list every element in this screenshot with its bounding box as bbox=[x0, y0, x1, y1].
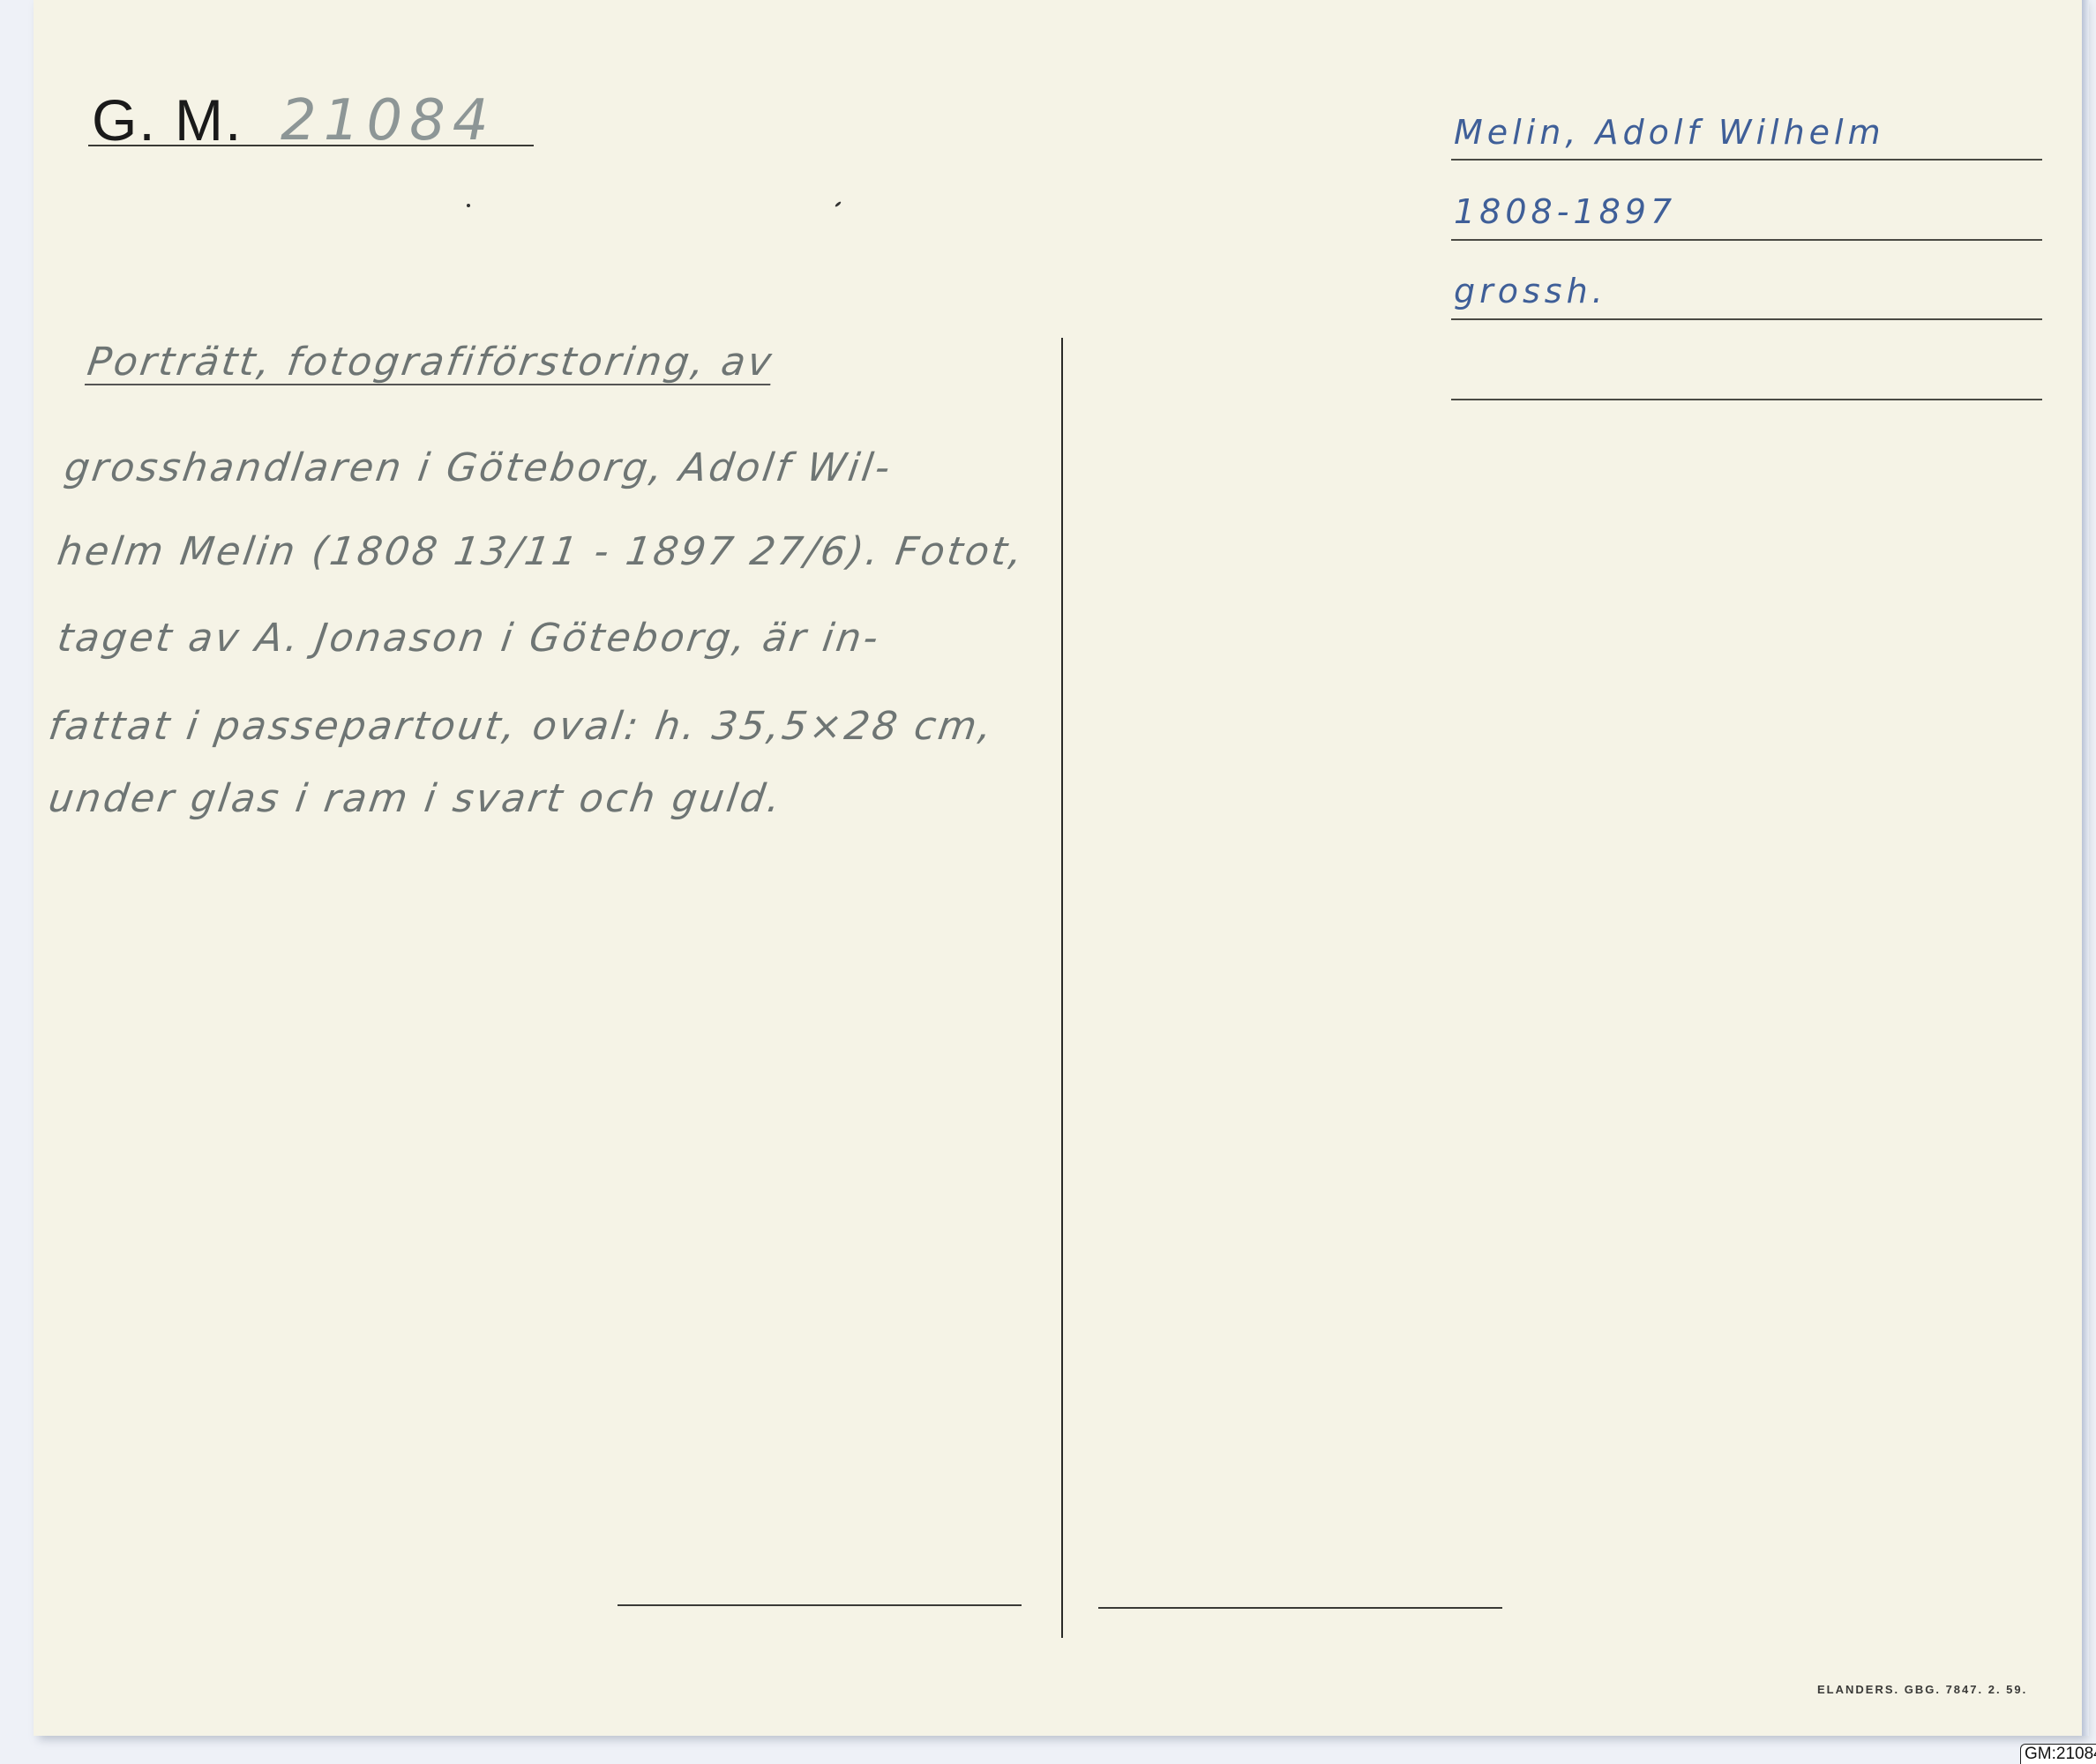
column-divider bbox=[1061, 338, 1063, 1638]
index-line-1 bbox=[1451, 159, 2042, 161]
description-line-2: grosshandlaren i Göteborg, Adolf Wil- bbox=[62, 445, 895, 490]
description-line-3: helm Melin (1808 13/11 - 1897 27/6). Fot… bbox=[55, 529, 1028, 574]
index-name-field: Melin, Adolf Wilhelm bbox=[1454, 113, 1885, 152]
index-occupation-field: grossh. bbox=[1454, 272, 1607, 310]
index-years-field: 1808-1897 bbox=[1454, 192, 1676, 231]
description-line-4: taget av A. Jonason i Göteborg, är in- bbox=[55, 616, 883, 661]
bottom-left-line bbox=[618, 1604, 1022, 1606]
ink-speck bbox=[467, 204, 470, 207]
index-line-4 bbox=[1451, 399, 2042, 400]
catalog-card bbox=[34, 0, 2082, 1736]
catalog-prefix: G. M. bbox=[92, 86, 243, 153]
description-line-1: Porträtt, fotografiförstoring, av bbox=[85, 340, 776, 385]
description-line-6: under glas i ram i svart och guld. bbox=[46, 776, 786, 821]
printer-imprint: ELANDERS. GBG. 7847. 2. 59. bbox=[1817, 1683, 2027, 1696]
catalog-number: 21084 bbox=[281, 88, 496, 153]
archive-id-label: GM:21084 bbox=[2020, 1744, 2096, 1764]
bottom-right-line bbox=[1098, 1607, 1502, 1609]
catalog-number-underline bbox=[88, 145, 534, 146]
index-line-3 bbox=[1451, 318, 2042, 320]
card-edge-shadow bbox=[2082, 0, 2089, 1736]
index-line-2 bbox=[1451, 239, 2042, 241]
description-line-5: fattat i passepartout, oval: h. 35,5×28 … bbox=[46, 704, 997, 749]
